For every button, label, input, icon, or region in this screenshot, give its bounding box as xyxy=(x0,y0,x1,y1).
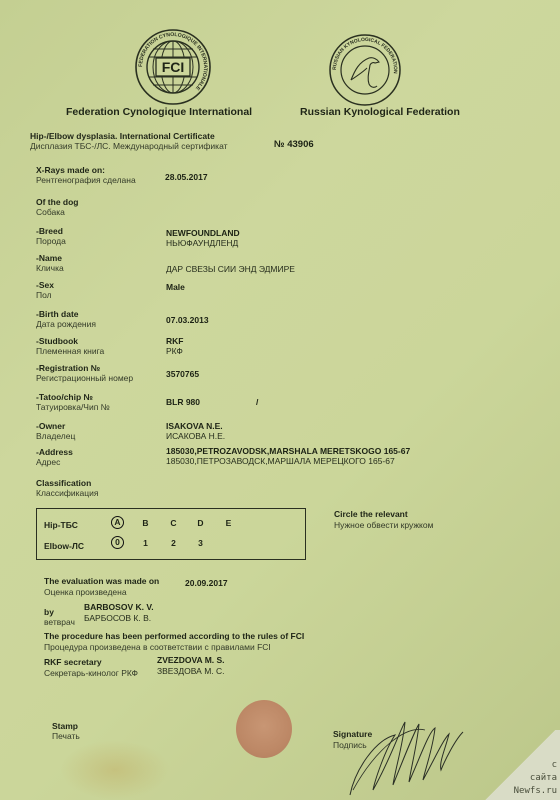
address-value: 185030,PETROZAVODSK,MARSHALA MERETSKOGO … xyxy=(166,446,410,456)
rkf-name: Russian Kynological Federation xyxy=(300,106,460,118)
certificate-number: № 43906 xyxy=(274,139,314,150)
address-label-ru: Адрес xyxy=(36,457,60,467)
hip-label: Hip-ТБС xyxy=(44,520,78,530)
elbow-grade-1: 1 xyxy=(139,537,152,550)
classification-box: Hip-ТБС A B C D E Elbow-ЛС 0 1 2 3 xyxy=(36,508,306,560)
sex-label-en: -Sex xyxy=(36,280,54,290)
elbow-grade-3: 3 xyxy=(194,537,207,550)
studbook-value: RKF xyxy=(166,336,183,346)
xray-label-ru: Рентгенография сделана xyxy=(36,175,136,185)
dog-section-ru: Собака xyxy=(36,207,65,217)
paper-stain xyxy=(60,740,170,800)
rkf-logo: RUSSIAN KYNOLOGICAL FEDERATION xyxy=(327,32,403,108)
hip-grade-b: B xyxy=(139,517,152,530)
stamp-label-ru: Печать xyxy=(52,731,80,741)
registration-label-ru: Регистрационный номер xyxy=(36,373,133,383)
vet-name: BARBOSOV K. V. xyxy=(84,602,154,612)
breed-value-ru: НЬЮФАУНДЛЕНД xyxy=(166,238,238,248)
chip-label-ru: Татуировка/Чип № xyxy=(36,402,110,412)
hip-grade-e: E xyxy=(222,517,235,530)
fci-logo: FCI FEDERATION CYNOLOGIQUE INTERNATIONAL… xyxy=(133,27,213,107)
procedure-en: The procedure has been performed accordi… xyxy=(44,631,304,641)
secretary-label-ru: Секретарь-кинолог РКФ xyxy=(44,668,138,678)
procedure-ru: Процедура произведена в соответствии с п… xyxy=(44,642,271,652)
hip-grade-c: C xyxy=(167,517,180,530)
owner-value-ru: ИСАКОВА Н.Е. xyxy=(166,431,225,441)
dog-section-en: Of the dog xyxy=(36,197,79,207)
secretary-name: ZVEZDOVA M. S. xyxy=(157,655,225,665)
name-value-ru: ДАР СВЕЗЫ СИИ ЭНД ЭДМИРЕ xyxy=(166,264,295,274)
chip-value-extra: / xyxy=(256,397,258,407)
elbow-label: Elbow-ЛС xyxy=(44,541,84,551)
studbook-label-en: -Studbook xyxy=(36,336,78,346)
name-label-en: -Name xyxy=(36,253,62,263)
birth-date-value: 07.03.2013 xyxy=(166,315,209,325)
stamp-label-en: Stamp xyxy=(52,721,78,731)
svg-text:FCI: FCI xyxy=(162,59,185,75)
registration-label-en: -Registration № xyxy=(36,363,100,373)
circle-note-ru: Нужное обвести кружком xyxy=(334,520,433,530)
svg-text:RUSSIAN KYNOLOGICAL FEDERATION: RUSSIAN KYNOLOGICAL FEDERATION xyxy=(332,37,398,74)
hip-grade-a: A xyxy=(111,516,124,529)
secretary-label-en: RKF secretary xyxy=(44,657,102,667)
breed-value: NEWFOUNDLAND xyxy=(166,228,240,238)
sex-label-ru: Пол xyxy=(36,290,52,300)
chip-label-en: -Tatoo/chip № xyxy=(36,392,93,402)
breed-label-en: -Breed xyxy=(36,226,63,236)
circle-note-en: Circle the relevant xyxy=(334,509,408,519)
registration-value: 3570765 xyxy=(166,369,199,379)
chip-value: BLR 980 xyxy=(166,397,200,407)
breed-label-ru: Порода xyxy=(36,236,66,246)
owner-label-ru: Владелец xyxy=(36,431,75,441)
evaluation-label-en: The evaluation was made on xyxy=(44,576,159,586)
name-label-ru: Кличка xyxy=(36,263,64,273)
xray-date: 28.05.2017 xyxy=(165,172,208,182)
stamp-seal xyxy=(236,700,292,758)
address-label-en: -Address xyxy=(36,447,73,457)
studbook-label-ru: Племенная книга xyxy=(36,346,104,356)
birth-date-label-en: -Birth date xyxy=(36,309,79,319)
certificate-title-ru: Дисплазия ТБС-/ЛС. Международный сертифи… xyxy=(30,141,228,151)
owner-value: ISAKOVA N.E. xyxy=(166,421,223,431)
studbook-value-ru: РКФ xyxy=(166,346,183,356)
by-label-ru: ветврач xyxy=(44,617,75,627)
watermark-line1: с xyxy=(552,760,557,770)
elbow-grade-2: 2 xyxy=(167,537,180,550)
watermark-line2: сайта xyxy=(530,773,557,783)
classification-label-en: Classification xyxy=(36,478,91,488)
signature-scribble xyxy=(345,710,475,800)
evaluation-date: 20.09.2017 xyxy=(185,578,228,588)
address-value-ru: 185030,ПЕТРОЗАВОДСК,МАРШАЛА МЕРЕЦКОГО 16… xyxy=(166,456,395,466)
by-label-en: by xyxy=(44,607,54,617)
certificate-title-en: Hip-/Elbow dysplasia. International Cert… xyxy=(30,131,215,141)
classification-label-ru: Классификация xyxy=(36,488,98,498)
evaluation-label-ru: Оценка произведена xyxy=(44,587,127,597)
sex-value: Male xyxy=(166,282,185,292)
vet-name-ru: БАРБОСОВ К. В. xyxy=(84,613,151,623)
birth-date-label-ru: Дата рождения xyxy=(36,319,96,329)
hip-grade-d: D xyxy=(194,517,207,530)
watermark-line3: Newfs.ru xyxy=(514,786,557,796)
fci-name: Federation Cynologique International xyxy=(66,106,252,118)
xray-label-en: X-Rays made on: xyxy=(36,165,105,175)
owner-label-en: -Owner xyxy=(36,421,65,431)
secretary-name-ru: ЗВЕЗДОВА М. С. xyxy=(157,666,225,676)
elbow-grade-0: 0 xyxy=(111,536,124,549)
